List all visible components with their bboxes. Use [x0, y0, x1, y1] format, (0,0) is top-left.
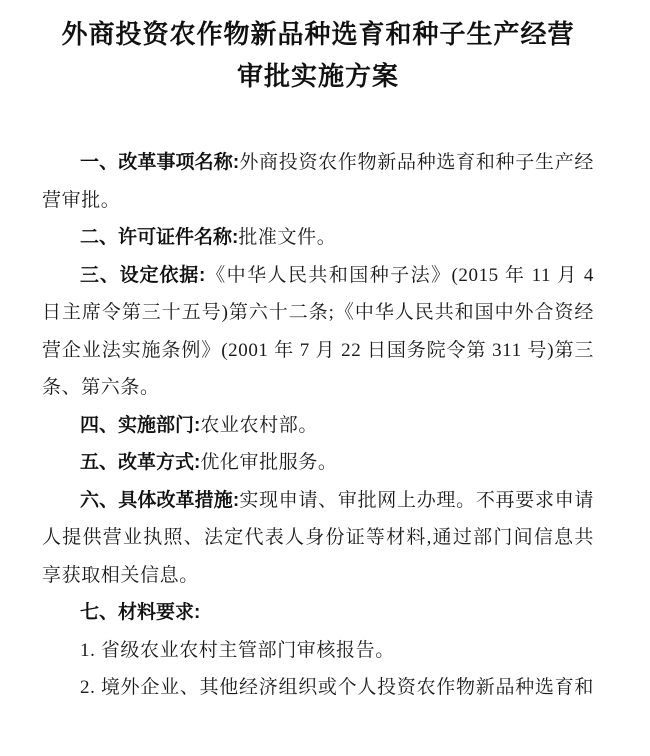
paragraph-label: 二、许可证件名称: — [80, 227, 238, 248]
document-title: 外商投资农作物新品种选育和种子生产经营 审批实施方案 — [42, 14, 594, 98]
paragraph-label: 七、材料要求: — [80, 602, 200, 623]
document-body: 一、改革事项名称:外商投资农作物新品种选育和种子生产经营审批。 二、许可证件名称… — [42, 144, 594, 707]
paragraph-reform-item-name: 一、改革事项名称:外商投资农作物新品种选育和种子生产经营审批。 — [42, 144, 594, 219]
paragraph-label: 三、设定依据: — [80, 265, 205, 286]
list-item-2: 2. 境外企业、其他经济组织或个人投资农作物新品种选育和 — [42, 669, 594, 707]
paragraph-label: 五、改革方式: — [80, 452, 200, 473]
paragraph-material-requirements: 七、材料要求: — [42, 594, 594, 632]
paragraph-license-name: 二、许可证件名称:批准文件。 — [42, 219, 594, 257]
paragraph-text: 优化审批服务。 — [200, 452, 337, 473]
paragraph-label: 四、实施部门: — [80, 415, 200, 436]
paragraph-legal-basis: 三、设定依据:《中华人民共和国种子法》(2015 年 11 月 4 日主席令第三… — [42, 257, 594, 407]
list-item-text: 2. 境外企业、其他经济组织或个人投资农作物新品种选育和 — [80, 677, 594, 698]
title-line-1: 外商投资农作物新品种选育和种子生产经营 — [42, 14, 594, 56]
paragraph-implementing-department: 四、实施部门:农业农村部。 — [42, 407, 594, 445]
document-page: 外商投资农作物新品种选育和种子生产经营 审批实施方案 一、改革事项名称:外商投资… — [0, 0, 650, 756]
paragraph-text: 批准文件。 — [238, 227, 336, 248]
list-item-1: 1. 省级农业农村主管部门审核报告。 — [42, 632, 594, 670]
paragraph-reform-measures: 六、具体改革措施:实现申请、审批网上办理。不再要求申请人提供营业执照、法定代表人… — [42, 482, 594, 595]
list-item-text: 1. 省级农业农村主管部门审核报告。 — [80, 640, 395, 661]
paragraph-label: 六、具体改革措施: — [80, 490, 239, 511]
paragraph-label: 一、改革事项名称: — [80, 152, 239, 173]
paragraph-reform-method: 五、改革方式:优化审批服务。 — [42, 444, 594, 482]
paragraph-text: 农业农村部。 — [200, 415, 318, 436]
title-line-2: 审批实施方案 — [42, 56, 594, 98]
